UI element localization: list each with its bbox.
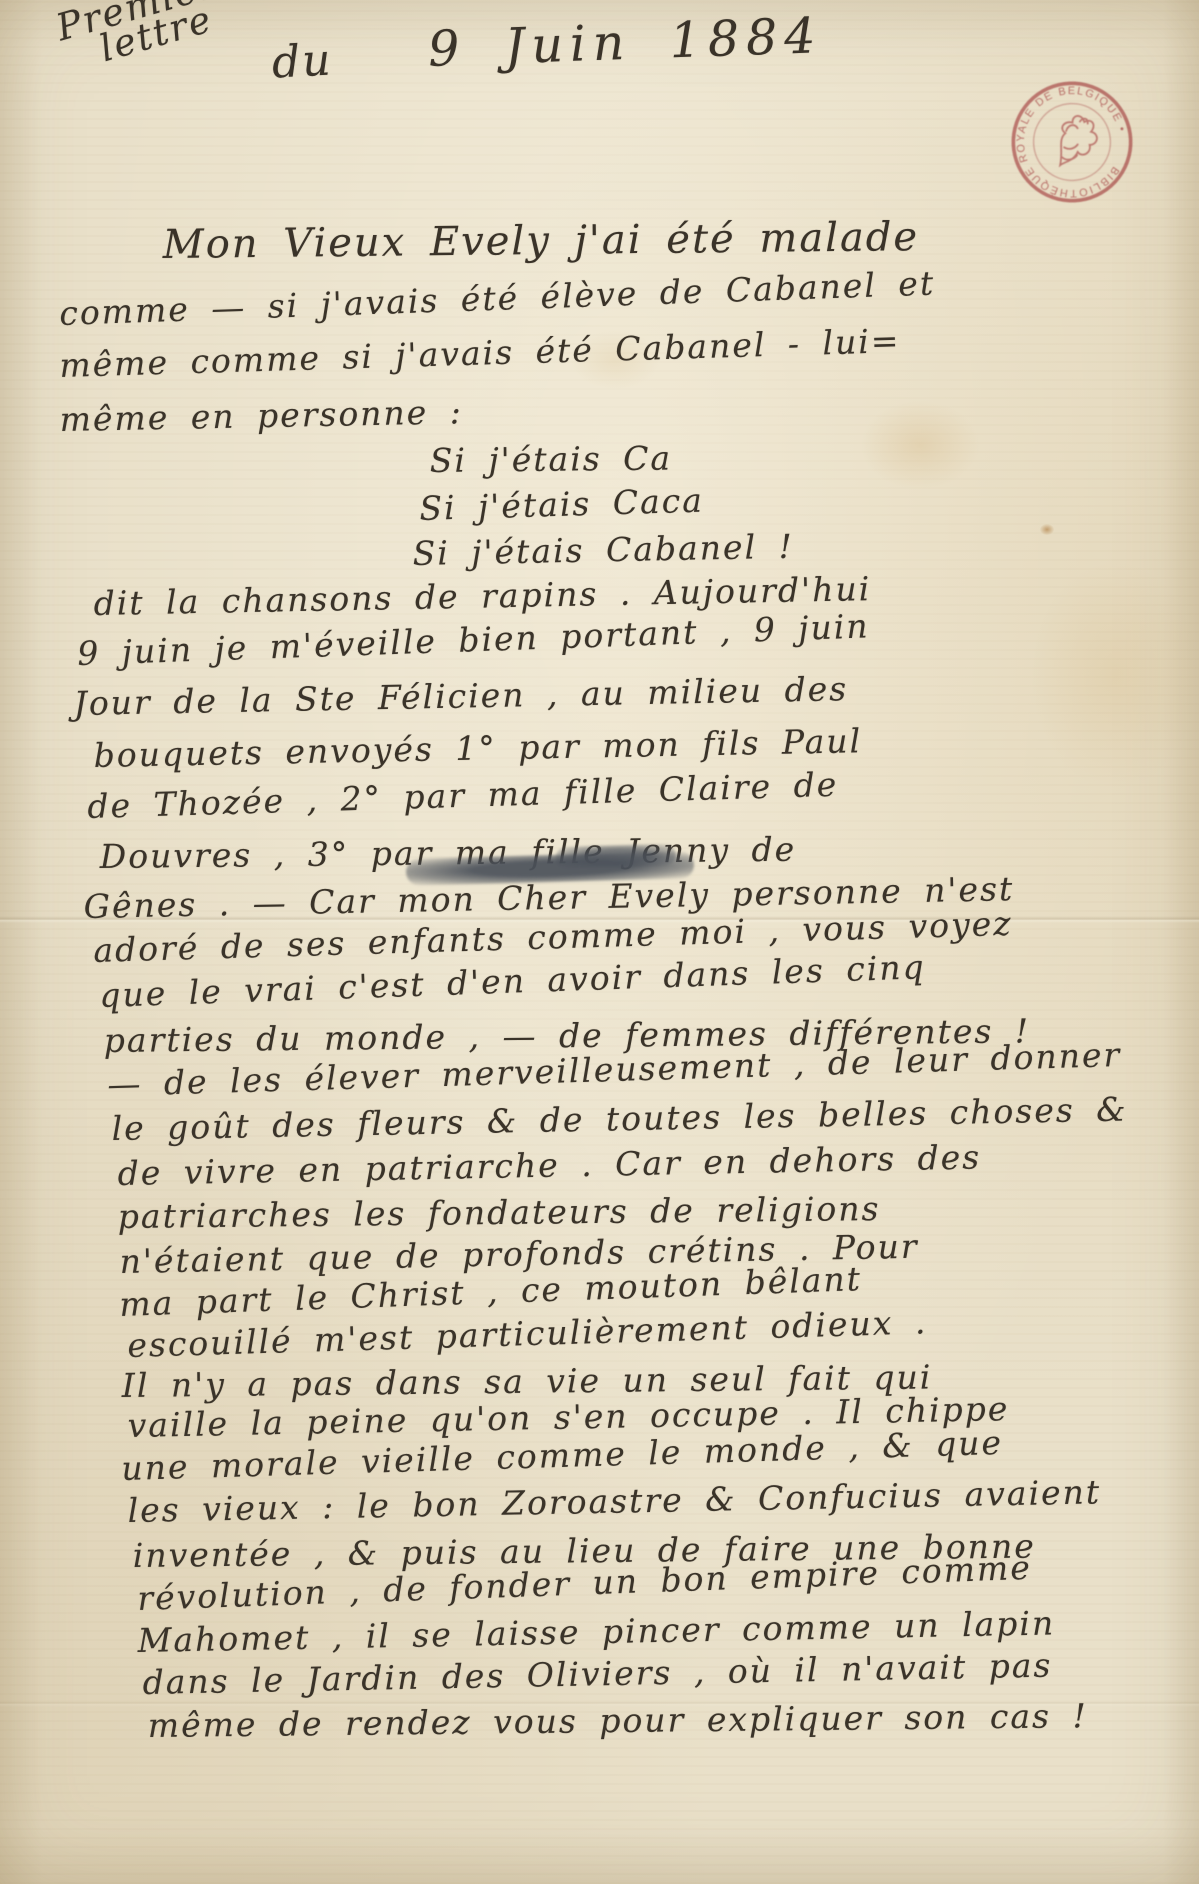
- letter-line: Si j'étais Caca: [419, 481, 705, 528]
- svg-text:BIBLIOTHÈQUE ROYALE DE BELGIQU: BIBLIOTHÈQUE ROYALE DE BELGIQUE •: [1000, 70, 1145, 215]
- paper-stain: [1030, 560, 1199, 790]
- letter-line: Si j'étais Cabanel !: [412, 527, 794, 573]
- letter-line: Si j'étais Ca: [430, 438, 673, 480]
- letter-line: Jour de la Ste Félicien , au milieu des: [73, 669, 848, 723]
- letter-line: de vivre en patriarche . Car en dehors d…: [117, 1137, 981, 1193]
- paper-stain: [860, 400, 980, 490]
- letter-line: Mon Vieux Evely j'ai été malade: [163, 214, 920, 268]
- letter-line: même en personne :: [59, 392, 463, 439]
- library-stamp: BIBLIOTHÈQUE ROYALE DE BELGIQUE •: [1000, 70, 1145, 215]
- lion-emblem: [1054, 114, 1100, 166]
- letter-page: Première lettre du 9 Juin 1884 BIBLIOTHÈ…: [0, 0, 1199, 1884]
- paper-stain: [1040, 524, 1054, 535]
- letter-line: même comme si j'avais été Cabanel - lui=: [59, 321, 901, 385]
- letter-line: de Thozée , 2° par ma fille Claire de: [87, 765, 839, 826]
- dateline-date: 9 Juin 1884: [427, 7, 823, 78]
- dateline-prefix: du: [271, 34, 334, 88]
- letter-line: comme — si j'avais été élève de Cabanel …: [59, 263, 936, 333]
- stamp-text: BIBLIOTHÈQUE ROYALE DE BELGIQUE •: [1000, 70, 1145, 215]
- archival-annotation: Première lettre: [52, 0, 253, 79]
- stamp-text-ring: BIBLIOTHÈQUE ROYALE DE BELGIQUE •: [1000, 70, 1145, 215]
